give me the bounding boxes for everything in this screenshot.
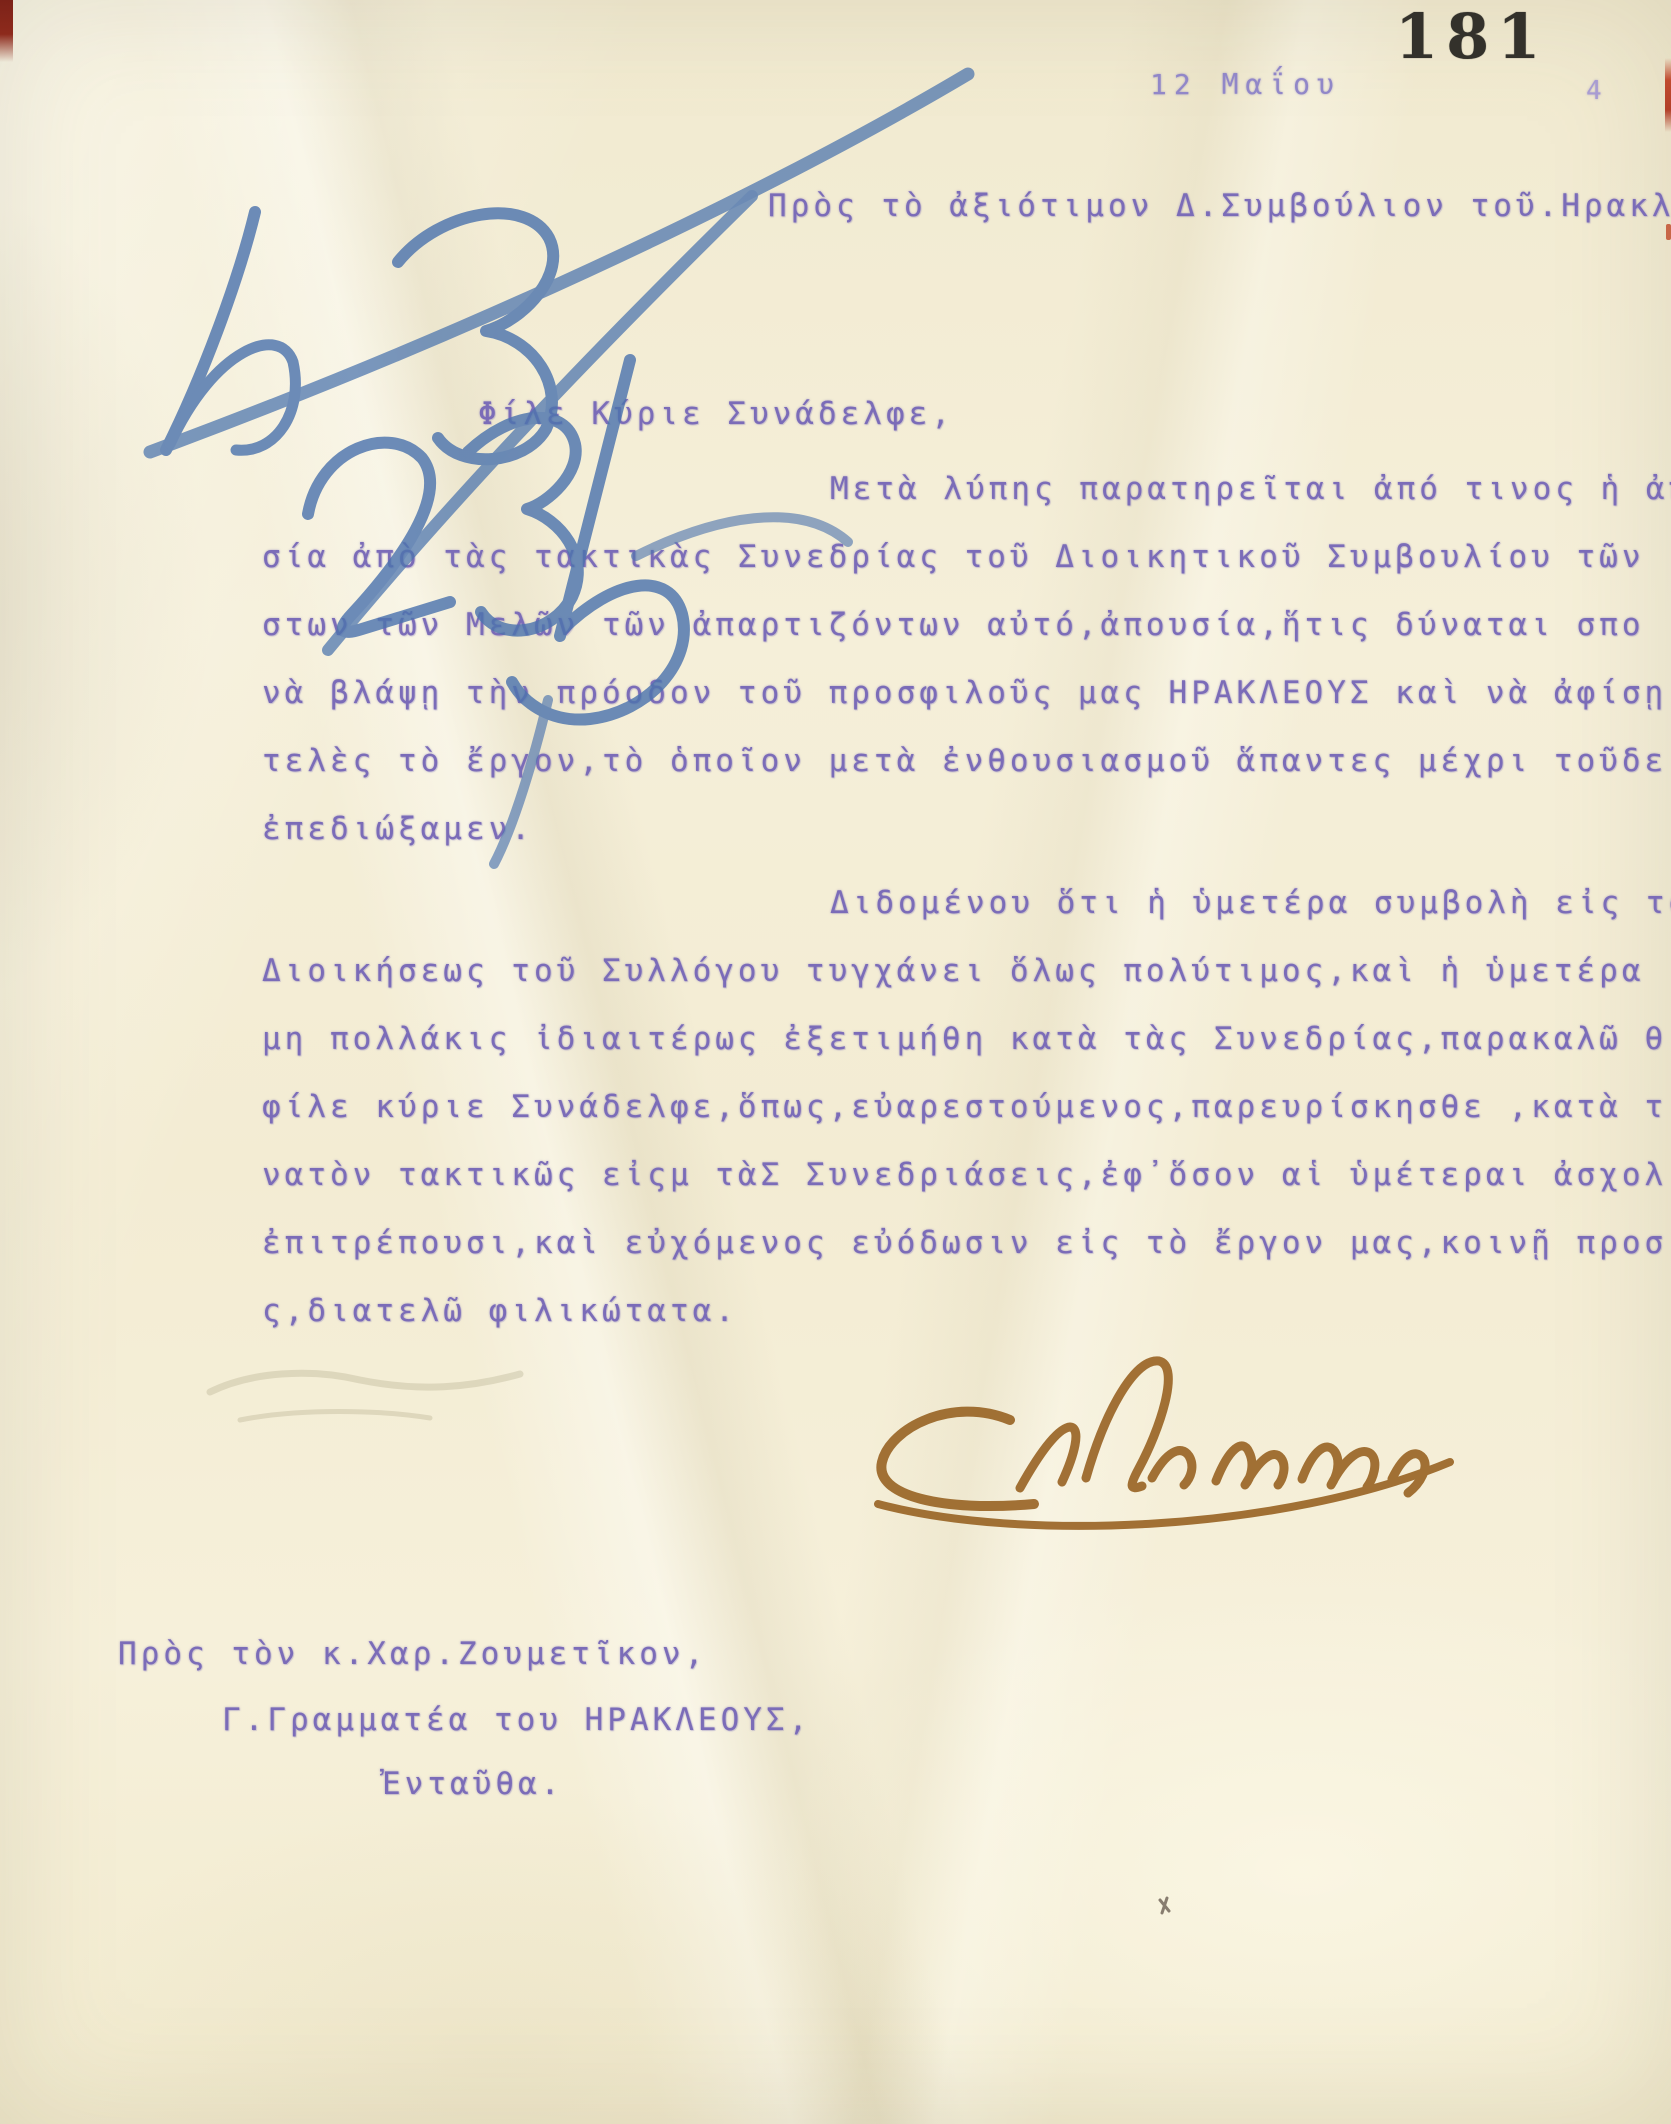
body-line: Μετὰ λύπης παρατηρεῖται ἀπό τινος ἡ ἀπ [262, 455, 1671, 523]
body-line: Διδομένου ὅτι ἡ ὑμετέρα συμβολὴ εἰς τὸ [262, 869, 1671, 937]
body-line: νὰ βλάψῃ τὴν πρόοδον τοῦ προσφιλοῦς μας … [262, 659, 1671, 727]
body-line: νατὸν τακτικῶς εἰςμ τὰΣ Συνεδριάσεις,ἐφ᾽… [262, 1141, 1671, 1209]
letter-body: Μετὰ λύπης παρατηρεῖται ἀπό τινος ἡ ἀπ σ… [262, 455, 1671, 1345]
footer-address-line: Πρὸς τὸν κ.Χαρ.Ζουμετῖκον, [118, 1636, 707, 1672]
clipped-edge-character: 4 [1586, 76, 1602, 106]
body-line: μη πολλάκις ἰδιαιτέρως ἐξετιμήθη κατὰ τὰ… [262, 1005, 1671, 1073]
body-line: ἐπεδιώξαμεν. [262, 795, 1671, 863]
scanned-letter-page: 181 12 Μαΐου 4 Πρὸς τὸ ἀξιότιμον Δ.Συμβο… [0, 0, 1671, 2124]
body-line: σία ἀπὸ τὰς τακτικὰς Συνεδρίας τοῦ Διοικ… [262, 523, 1671, 591]
date-stamp: 12 Μαΐου [1150, 68, 1341, 101]
body-line: φίλε κύριε Συνάδελφε,ὅπως,εὐαρεστούμενος… [262, 1073, 1671, 1141]
body-line: τελὲς τὸ ἔργον,τὸ ὁποῖον μετὰ ἐνθουσιασμ… [262, 727, 1671, 795]
red-edge-mark-top-left [0, 0, 13, 62]
body-line: Διοικήσεως τοῦ Συλλόγου τυγχάνει ὅλως πο… [262, 937, 1671, 1005]
archive-page-number: 181 [1395, 0, 1548, 73]
recipient-line: Πρὸς τὸ ἀξιότιμον Δ.Συμβούλιον τοῦ.Ηρακλ [768, 188, 1671, 224]
footer-address-line: Γ.Γραμματέα του ΗΡΑΚΛΕΟΥΣ, [222, 1702, 811, 1738]
salutation: Φίλε Κύριε Συνάδελφε, [478, 396, 954, 432]
body-line: ἐπιτρέπουσι,καὶ εὐχόμενος εὐόδωσιν εἰς τ… [262, 1209, 1671, 1277]
footer-address-line: Ἐνταῦθα. [382, 1766, 563, 1802]
body-line: ς,διατελῶ φιλικώτατα. [262, 1277, 1671, 1345]
red-edge-dot-right [1666, 224, 1671, 240]
body-line: στων τῶν Μελῶν τῶν ἀπαρτιζόντων αὐτό,ἀπο… [262, 591, 1671, 659]
red-edge-mark-right [1665, 58, 1671, 132]
